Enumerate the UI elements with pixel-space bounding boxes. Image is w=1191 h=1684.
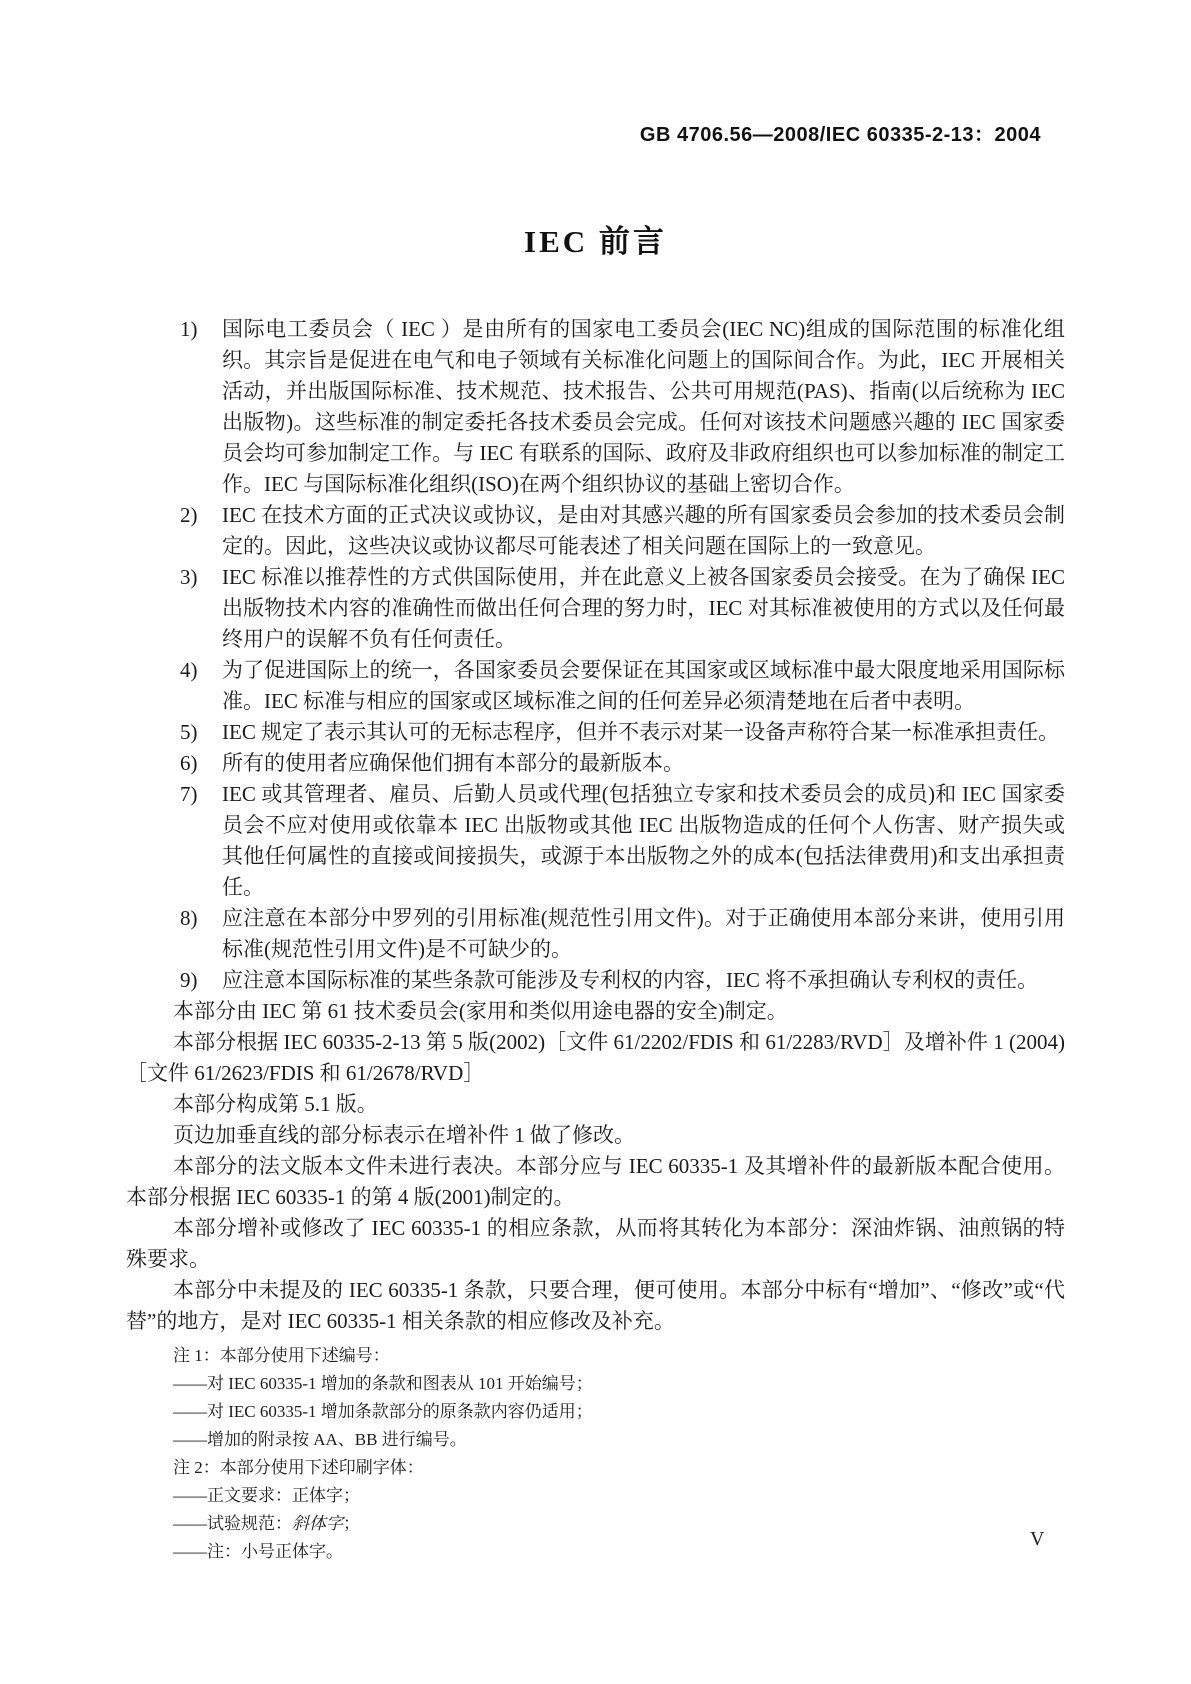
list-item-number: 8) <box>180 903 198 934</box>
page-number: V <box>1030 1528 1044 1551</box>
note-line: ——正文要求：正体字； <box>173 1482 1065 1510</box>
foreword-body: 1) 国际电工委员会（ IEC ）是由所有的国家电工委员会(IEC NC)组成的… <box>126 314 1065 1566</box>
list-item-number: 5) <box>180 717 198 748</box>
list-item-number: 7) <box>180 779 198 810</box>
list-item-text: IEC 标准以推荐性的方式供国际使用，并在此意义上被各国家委员会接受。在为了确保… <box>222 565 1065 651</box>
list-item-number: 4) <box>180 655 198 686</box>
list-item-text: 国际电工委员会（ IEC ）是由所有的国家电工委员会(IEC NC)组成的国际范… <box>222 317 1065 496</box>
list-item-text: 为了促进国际上的统一，各国家委员会要保证在其国家或区域标准中最大限度地采用国际标… <box>222 658 1065 713</box>
document-page: GB 4706.56—2008/IEC 60335-2-13：2004 IEC … <box>0 0 1191 1684</box>
list-item: 6) 所有的使用者应确保他们拥有本部分的最新版本。 <box>126 748 1065 779</box>
list-item-text: 应注意在本部分中罗列的引用标准(规范性引用文件)。对于正确使用本部分来讲，使用引… <box>222 906 1065 961</box>
standard-code-header: GB 4706.56—2008/IEC 60335-2-13：2004 <box>126 118 1041 147</box>
list-item-text: IEC 在技术方面的正式决议或协议，是由对其感兴趣的所有国家委员会参加的技术委员… <box>222 503 1065 558</box>
list-item-number: 1) <box>180 314 198 345</box>
list-item-number: 2) <box>180 500 198 531</box>
list-item-text: 应注意本国际标准的某些条款可能涉及专利权的内容，IEC 将不承担确认专利权的责任… <box>222 968 1038 992</box>
list-item: 9) 应注意本国际标准的某些条款可能涉及专利权的内容，IEC 将不承担确认专利权… <box>126 965 1065 996</box>
note-text-italic: 斜体字 <box>292 1514 343 1533</box>
note-line: ——对 IEC 60335-1 增加条款部分的原条款内容仍适用； <box>173 1398 1065 1426</box>
list-item-text: IEC 或其管理者、雇员、后勤人员或代理(包括独立专家和技术委员会的成员)和 I… <box>222 782 1065 899</box>
note-text: ——试验规范： <box>173 1514 292 1533</box>
list-item: 5) IEC 规定了表示其认可的无标志程序，但并不表示对某一设备声称符合某一标准… <box>126 717 1065 748</box>
list-item-text: 所有的使用者应确保他们拥有本部分的最新版本。 <box>222 751 684 775</box>
note-line: ——增加的附录按 AA、BB 进行编号。 <box>173 1426 1065 1454</box>
paragraph: 本部分由 IEC 第 61 技术委员会(家用和类似用途电器的安全)制定。 <box>126 996 1065 1027</box>
list-item-number: 9) <box>180 965 198 996</box>
list-item: 8) 应注意在本部分中罗列的引用标准(规范性引用文件)。对于正确使用本部分来讲，… <box>126 903 1065 965</box>
paragraph: 本部分构成第 5.1 版。 <box>126 1089 1065 1120</box>
note-line: ——注：小号正体字。 <box>173 1538 1065 1566</box>
note-line: 注 2：本部分使用下述印刷字体： <box>173 1454 1065 1482</box>
list-item-number: 3) <box>180 562 198 593</box>
paragraph: 本部分增补或修改了 IEC 60335-1 的相应条款，从而将其转化为本部分：深… <box>126 1213 1065 1275</box>
list-item-number: 6) <box>180 748 198 779</box>
list-item: 2) IEC 在技术方面的正式决议或协议，是由对其感兴趣的所有国家委员会参加的技… <box>126 500 1065 562</box>
paragraph: 本部分根据 IEC 60335-2-13 第 5 版(2002)［文件 61/2… <box>126 1027 1065 1089</box>
page-title: IEC 前言 <box>0 216 1191 261</box>
list-item: 1) 国际电工委员会（ IEC ）是由所有的国家电工委员会(IEC NC)组成的… <box>126 314 1065 500</box>
note-line: ——对 IEC 60335-1 增加的条款和图表从 101 开始编号； <box>173 1370 1065 1398</box>
list-item: 4) 为了促进国际上的统一，各国家委员会要保证在其国家或区域标准中最大限度地采用… <box>126 655 1065 717</box>
paragraph: 本部分的法文版本文件未进行表决。本部分应与 IEC 60335-1 及其增补件的… <box>126 1151 1065 1213</box>
list-item: 3) IEC 标准以推荐性的方式供国际使用，并在此意义上被各国家委员会接受。在为… <box>126 562 1065 655</box>
paragraph: 本部分中未提及的 IEC 60335-1 条款，只要合理，便可使用。本部分中标有… <box>126 1275 1065 1337</box>
note-line: ——试验规范：斜体字； <box>173 1510 1065 1538</box>
paragraph: 页边加垂直线的部分标表示在增补件 1 做了修改。 <box>126 1120 1065 1151</box>
list-item-text: IEC 规定了表示其认可的无标志程序，但并不表示对某一设备声称符合某一标准承担责… <box>222 720 1059 744</box>
notes-section: 注 1：本部分使用下述编号： ——对 IEC 60335-1 增加的条款和图表从… <box>126 1342 1065 1566</box>
note-line: 注 1：本部分使用下述编号： <box>173 1342 1065 1370</box>
list-item: 7) IEC 或其管理者、雇员、后勤人员或代理(包括独立专家和技术委员会的成员)… <box>126 779 1065 903</box>
foreword-list: 1) 国际电工委员会（ IEC ）是由所有的国家电工委员会(IEC NC)组成的… <box>126 314 1065 996</box>
note-text: ； <box>343 1514 360 1533</box>
